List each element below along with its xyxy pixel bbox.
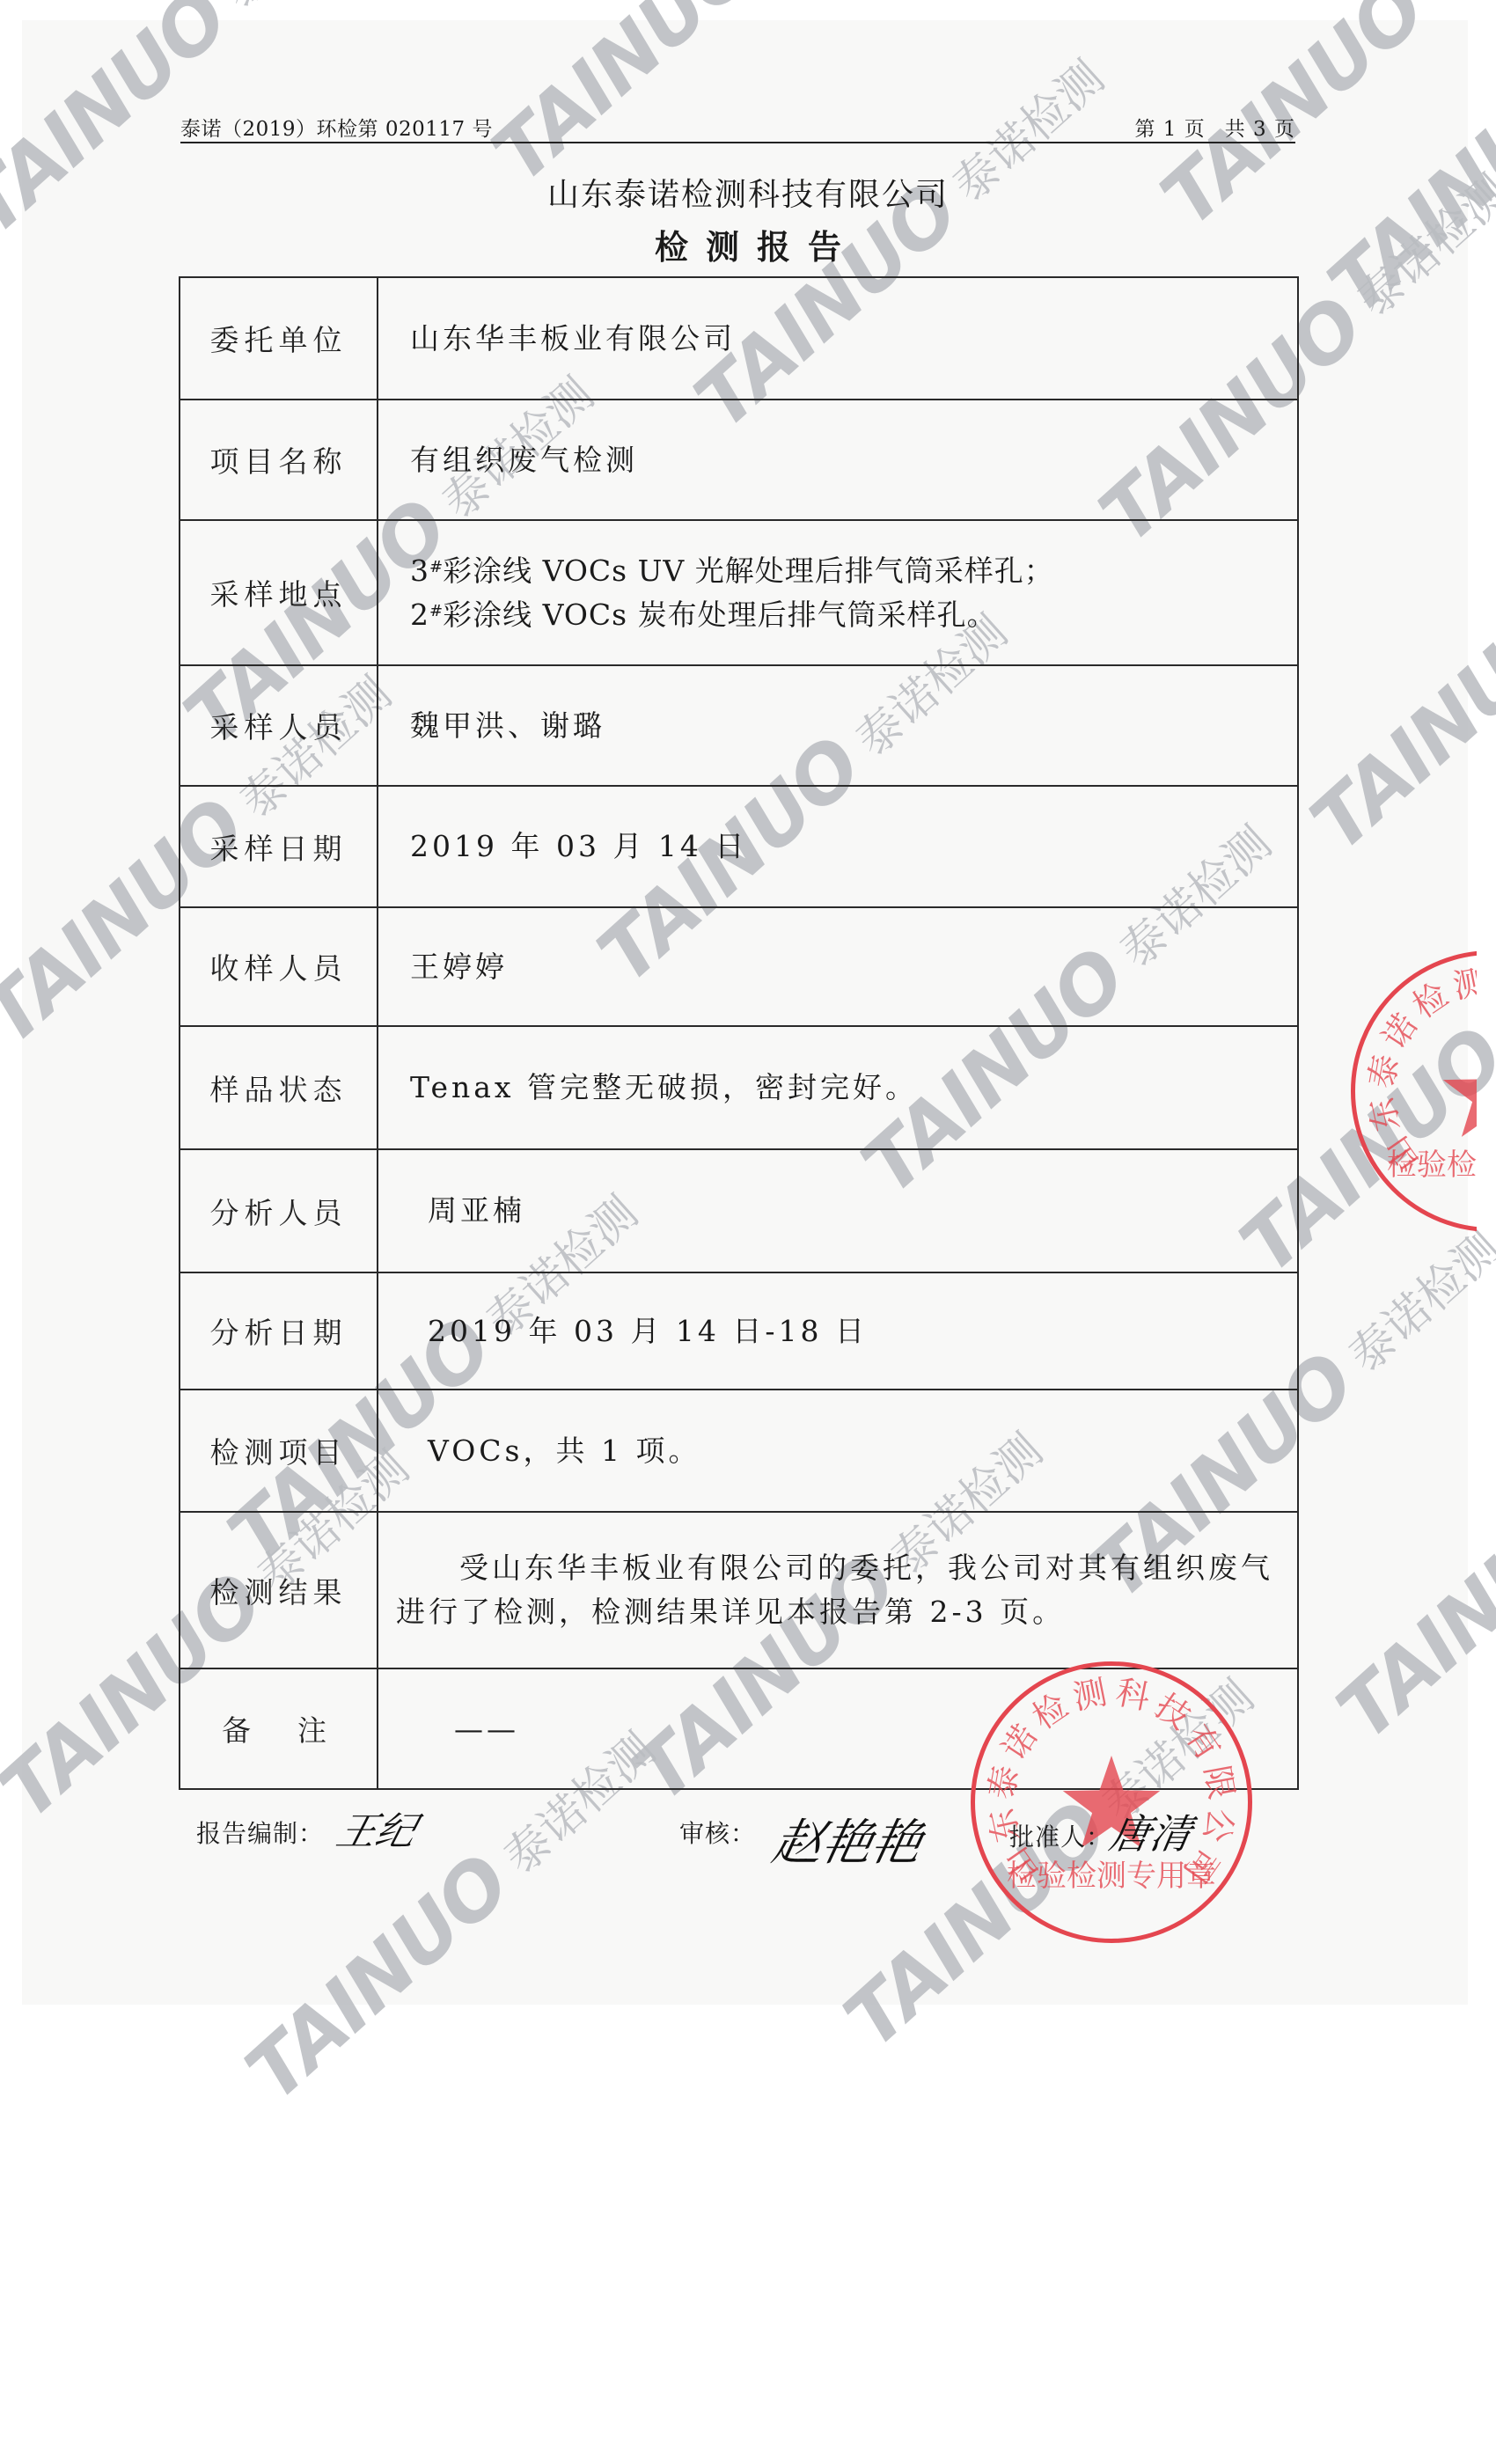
table-row: 分析人员 周亚楠: [180, 1149, 1298, 1272]
row-label-sampling-date: 采样日期: [180, 786, 378, 907]
table-row: 委托单位 山东华丰板业有限公司: [180, 277, 1298, 400]
table-row: 检测结果 受山东华丰板业有限公司的委托，我公司对其有组织废气进行了检测，检测结果…: [180, 1512, 1298, 1668]
svg-text:检: 检: [1025, 1686, 1074, 1737]
svg-text:泰: 泰: [981, 1763, 1025, 1802]
row-value-analysis-date: 2019 年 03 月 14 日-18 日: [378, 1272, 1298, 1390]
row-value-sampling-site: 3#彩涂线 VOCs UV 光解处理后排气筒采样孔； 2#彩涂线 VOCs 炭布…: [378, 520, 1298, 665]
table-row: 收样人员 王婷婷: [180, 907, 1298, 1026]
svg-text:检验检测专用章: 检验检测专用章: [1007, 1859, 1216, 1894]
seal-graphic: 山东泰诺检测科技有限公司检验检测专用章: [1351, 950, 1496, 1232]
approver-label: 批准人：: [1009, 1818, 1111, 1853]
svg-text:科: 科: [1493, 962, 1496, 1007]
line-superscript: #: [429, 602, 443, 620]
line-text: 彩涂线 VOCs 炭布处理后排气筒采样孔。: [443, 598, 996, 632]
test-result-text: 受山东华丰板业有限公司的委托，我公司对其有组织废气进行了检测，检测结果详见本报告…: [396, 1551, 1273, 1629]
page-indicator: 第 1 页共 3 页: [1134, 113, 1295, 142]
page-current: 第 1 页: [1134, 118, 1205, 141]
svg-text:测: 测: [1069, 1673, 1110, 1718]
reviewer-signature: 赵艳艳: [766, 1804, 929, 1874]
row-value-sample-status: Tenax 管完整无破损，密封完好。: [378, 1026, 1298, 1149]
compiled-by-label: 报告编制：: [196, 1815, 324, 1850]
sampling-site-line-1: 3#彩涂线 VOCs UV 光解处理后排气筒采样孔；: [410, 549, 1280, 593]
row-value-test-items: VOCs，共 1 项。: [378, 1390, 1298, 1512]
seal-graphic: 山东泰诺检测科技有限公司检验检测专用章: [971, 1661, 1252, 1943]
page-total: 共 3 页: [1225, 118, 1295, 141]
svg-text:限: 限: [1197, 1763, 1241, 1802]
table-row: 采样人员 魏甲洪、谢璐: [180, 665, 1298, 786]
row-label-analyst: 分析人员: [180, 1149, 378, 1272]
svg-text:有: 有: [1177, 1718, 1228, 1767]
approver-signature: 唐清: [1105, 1802, 1197, 1860]
table-row: 分析日期 2019 年 03 月 14 日-18 日: [180, 1272, 1298, 1390]
company-seal-partial: 山东泰诺检测科技有限公司检验检测专用章: [1351, 950, 1496, 1232]
svg-text:东: 东: [1362, 1094, 1407, 1134]
table-row: 项目名称 有组织废气检测: [180, 400, 1298, 520]
row-value-analyst: 周亚楠: [378, 1149, 1298, 1272]
svg-text:诺: 诺: [994, 1718, 1045, 1767]
row-label-sample-status: 样品状态: [180, 1026, 378, 1149]
svg-text:测: 测: [1449, 962, 1490, 1007]
reviewer-label: 审核：: [679, 1815, 756, 1850]
svg-text:技: 技: [1148, 1686, 1198, 1737]
row-label-test-items: 检测项目: [180, 1390, 378, 1512]
row-value-test-result: 受山东华丰板业有限公司的委托，我公司对其有组织废气进行了检测，检测结果详见本报告…: [378, 1512, 1298, 1668]
watermark-cn: 泰诺检测: [1489, 896, 1496, 1058]
watermark-cn: 泰诺检测: [213, 0, 385, 19]
header-rule: [180, 142, 1295, 143]
line-prefix: 2: [410, 598, 429, 632]
star-icon: [1443, 1045, 1496, 1137]
sampling-site-line-2: 2#彩涂线 VOCs 炭布处理后排气筒采样孔。: [410, 593, 1280, 637]
row-label-project: 项目名称: [180, 400, 378, 520]
table-row: 采样日期 2019 年 03 月 14 日: [180, 786, 1298, 907]
line-prefix: 3: [410, 554, 429, 588]
svg-text:公: 公: [1196, 1805, 1241, 1845]
svg-text:泰: 泰: [1361, 1052, 1405, 1091]
report-info-table: 委托单位 山东华丰板业有限公司 项目名称 有组织废气检测 采样地点 3#彩涂线 …: [179, 276, 1299, 1790]
document-number: 泰诺（2019）环检第 020117 号: [180, 113, 493, 142]
line-text: 彩涂线 VOCs UV 光解处理后排气筒采样孔；: [443, 554, 1054, 588]
line-superscript: #: [429, 558, 443, 576]
svg-text:检验检测专用章: 检验检测专用章: [1387, 1148, 1496, 1183]
row-value-receiver: 王婷婷: [378, 907, 1298, 1026]
table-row: 样品状态 Tenax 管完整无破损，密封完好。: [180, 1026, 1298, 1149]
svg-text:诺: 诺: [1375, 1007, 1426, 1056]
svg-text:科: 科: [1113, 1673, 1154, 1718]
company-title: 山东泰诺检测科技有限公司: [0, 170, 1496, 215]
row-label-sampling-site: 采样地点: [180, 520, 378, 665]
table-row: 采样地点 3#彩涂线 VOCs UV 光解处理后排气筒采样孔； 2#彩涂线 VO…: [180, 520, 1298, 665]
row-value-client: 山东华丰板业有限公司: [378, 277, 1298, 400]
row-value-samplers: 魏甲洪、谢璐: [378, 665, 1298, 786]
row-label-receiver: 收样人员: [180, 907, 378, 1026]
row-label-remarks: 备 注: [180, 1668, 378, 1789]
table-row: 检测项目 VOCs，共 1 项。: [180, 1390, 1298, 1512]
row-label-analysis-date: 分析日期: [180, 1272, 378, 1390]
row-label-test-result: 检测结果: [180, 1512, 378, 1668]
row-label-client: 委托单位: [180, 277, 378, 400]
company-seal: 山东泰诺检测科技有限公司检验检测专用章: [971, 1661, 1252, 1943]
compiled-by-signature: 王纪: [331, 1800, 423, 1856]
row-value-project: 有组织废气检测: [378, 400, 1298, 520]
watermark-cn: 泰诺检测: [1410, 0, 1496, 11]
row-value-sampling-date: 2019 年 03 月 14 日: [378, 786, 1298, 907]
svg-text:检: 检: [1405, 975, 1455, 1026]
report-title: 检测报告: [0, 220, 1496, 268]
row-label-samplers: 采样人员: [180, 665, 378, 786]
